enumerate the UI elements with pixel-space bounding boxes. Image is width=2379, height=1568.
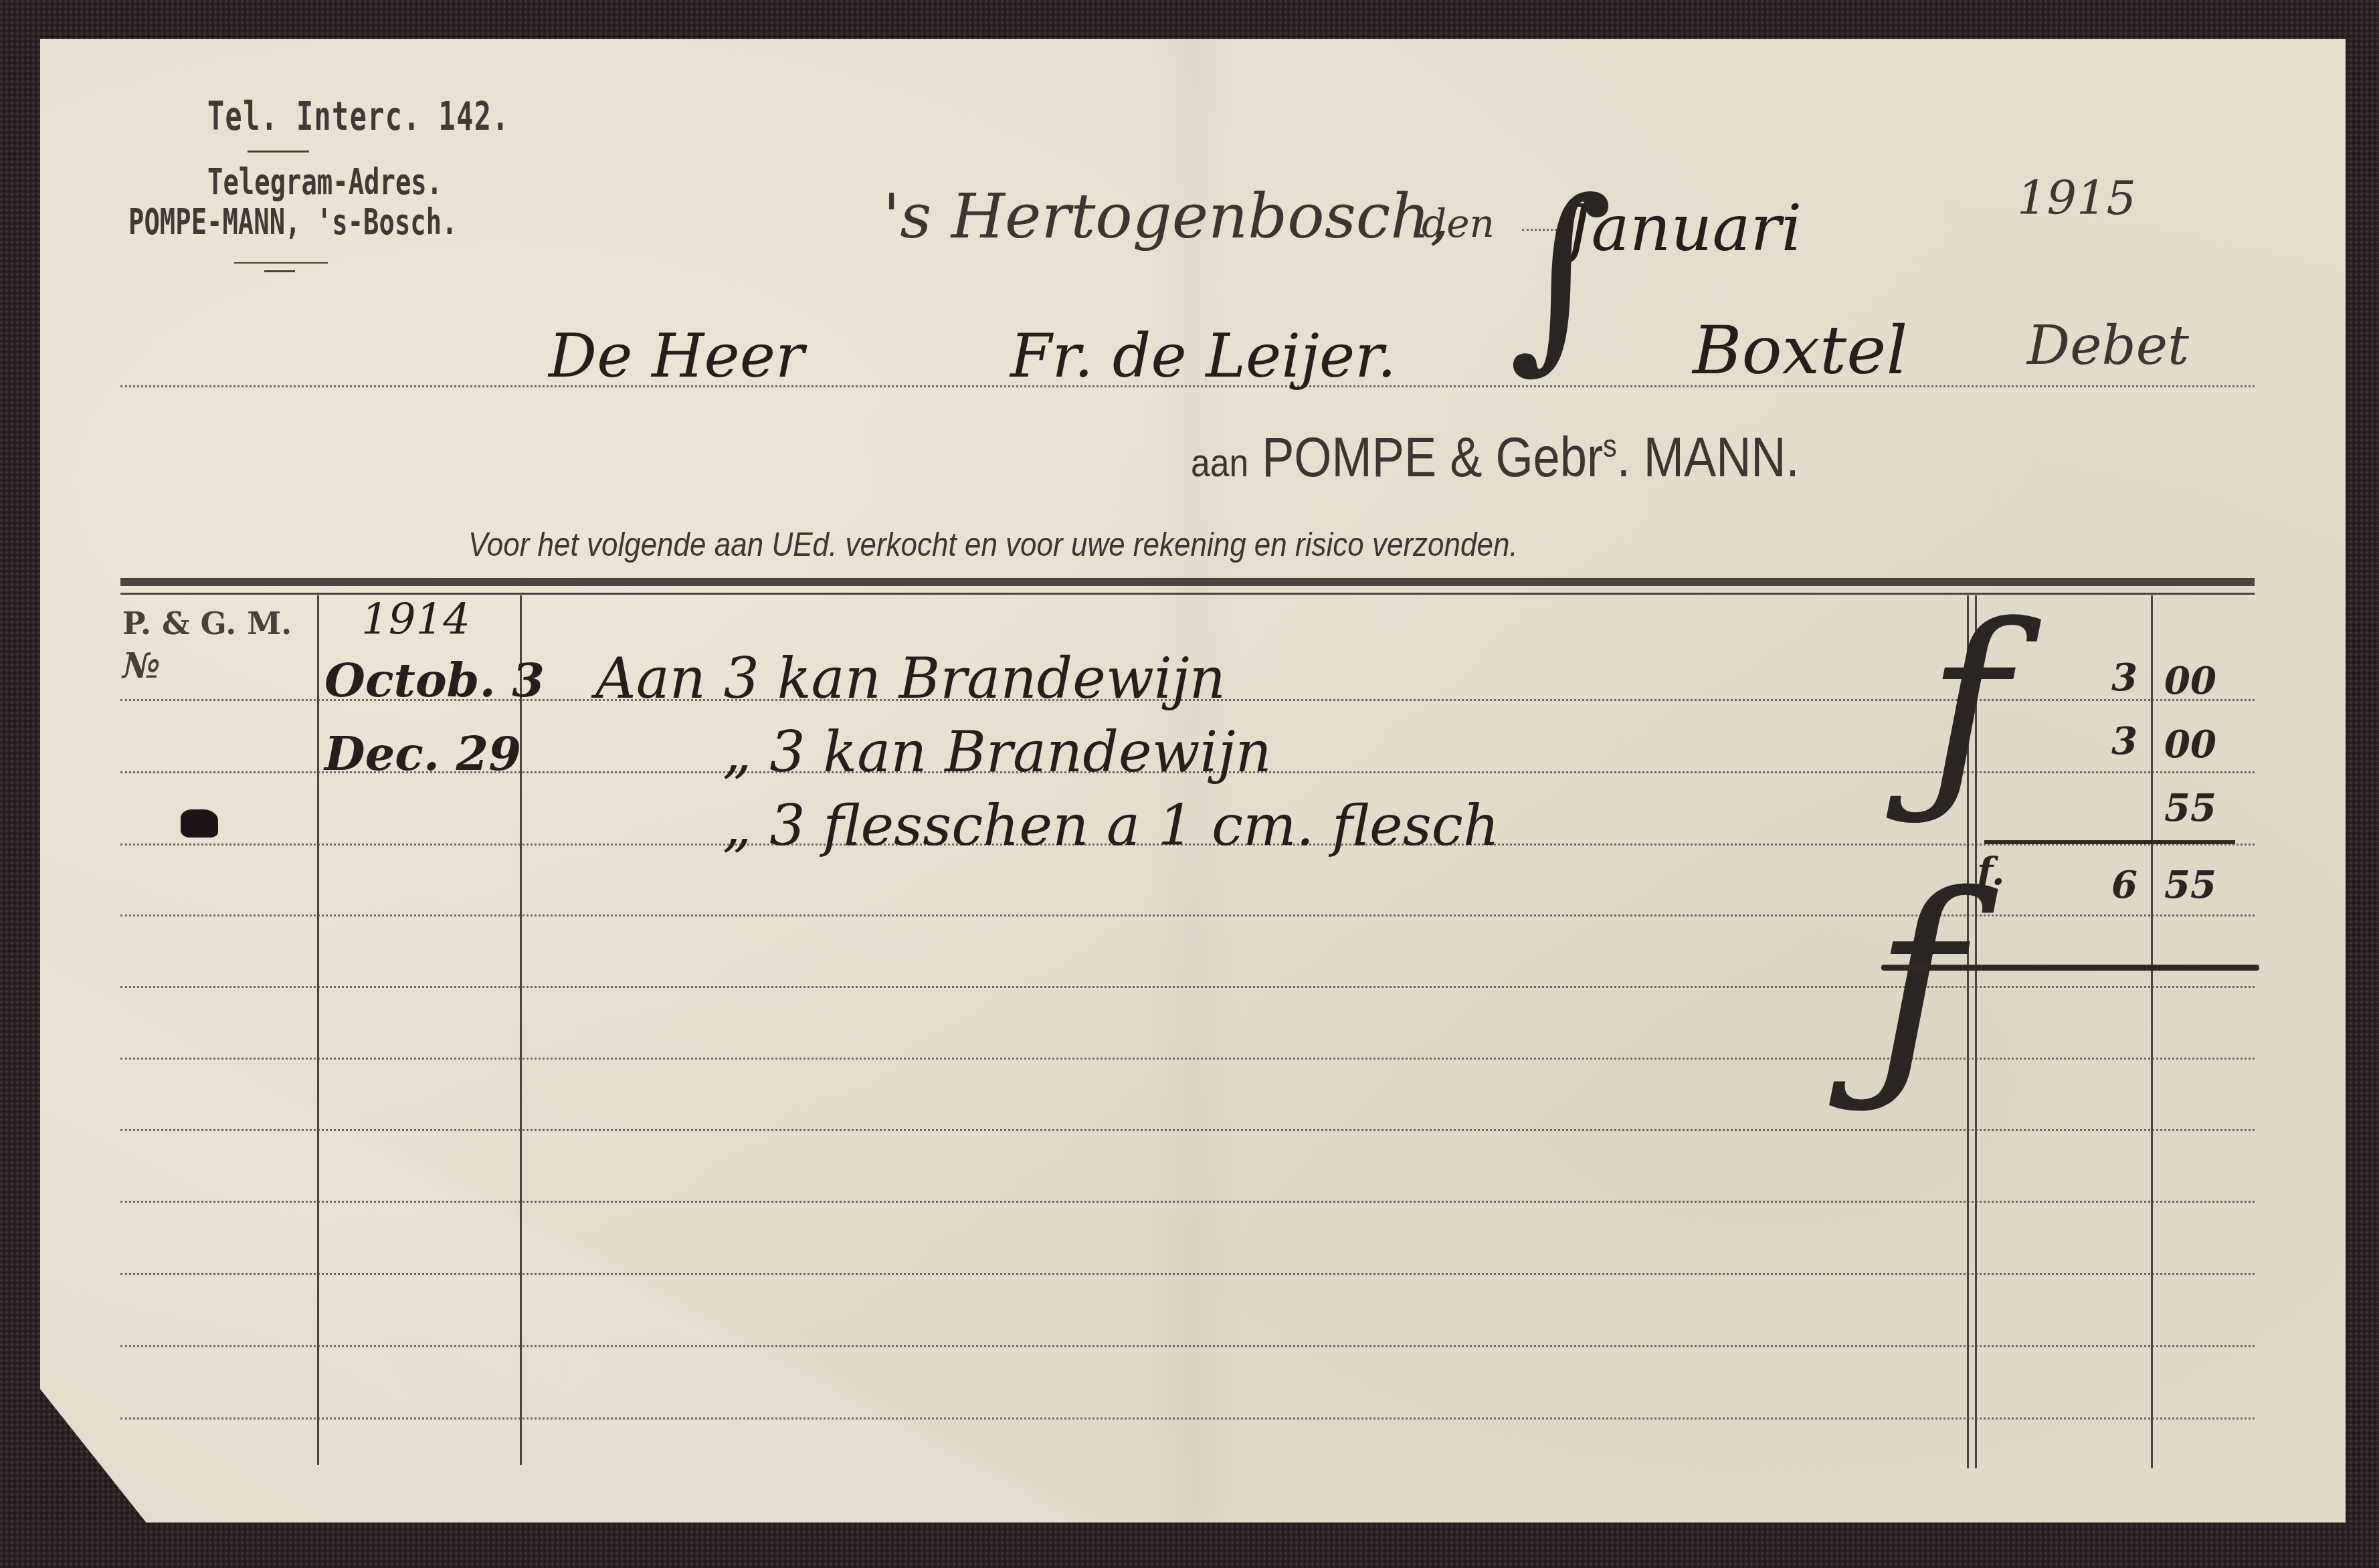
row-date: Octob. 3 <box>324 652 545 708</box>
column-rule-cents <box>2151 595 2153 1468</box>
row-cents: 00 <box>2164 722 2216 767</box>
place-name: 's Hertogenbosch, <box>883 181 1450 252</box>
ruled-row-line <box>120 1201 2255 1203</box>
letterhead-telegram-address: POMPE-MANN, 's-Bosch. <box>128 201 458 243</box>
debet-label: Debet <box>2027 314 2189 377</box>
ref-label: P. & G. M. <box>122 605 292 642</box>
ruled-row-line <box>120 1345 2255 1347</box>
punch-hole <box>181 809 218 838</box>
florin-total-icon: ƒ <box>1873 863 1962 1104</box>
letterhead-rule <box>248 151 309 153</box>
firm-name-superscript: s <box>1603 429 1617 464</box>
row-description: Aan 3 kan Brandewijn <box>595 646 1226 711</box>
ruled-row-line <box>120 1129 2255 1131</box>
letterhead-rule <box>264 270 295 272</box>
ruled-row-line <box>120 1273 2255 1275</box>
addressee-town: Boxtel <box>1693 311 1907 389</box>
firm-name-part2: . MANN. <box>1617 425 1800 488</box>
subtotal-guilders: 6 <box>1990 863 2137 907</box>
subtotal-rule <box>1984 840 2235 844</box>
firm-name: aan POMPE & Gebrs. MANN. <box>1191 425 1800 490</box>
date-year: 1915 <box>2017 171 2136 225</box>
addressee-salutation: De Heer <box>549 321 804 391</box>
subtotal-cents: 55 <box>2164 863 2216 907</box>
row-guilders: 3 <box>1990 719 2137 763</box>
letterhead-telephone: Tel. Interc. 142. <box>207 94 510 139</box>
table-year: 1914 <box>361 595 470 645</box>
number-label: № <box>122 646 161 686</box>
total-rule <box>1881 965 2259 971</box>
row-description: „ 3 flesschen a 1 cm. flesch <box>723 793 1499 858</box>
column-rule-ref <box>317 595 319 1465</box>
firm-prefix: aan <box>1191 440 1248 485</box>
den-label: den <box>1422 201 1495 246</box>
addressee-name: Fr. de Leijer. <box>1010 321 1396 391</box>
florin-sign-icon: ƒ <box>1927 595 2008 816</box>
row-date: Dec. 29 <box>324 726 521 781</box>
row-cents: 00 <box>2164 659 2216 703</box>
j-flourish: ∫ <box>1509 174 1613 375</box>
row-description: „ 3 kan Brandewijn <box>723 719 1272 785</box>
letterhead-rule <box>234 262 328 264</box>
firm-name-part1: POMPE & Gebr <box>1262 425 1603 488</box>
sale-notice: Voor het volgende aan UEd. verkocht en v… <box>468 525 1518 564</box>
row-cents: 55 <box>2164 786 2216 830</box>
letterhead-telegram-label: Telegram-Adres. <box>207 161 442 203</box>
row-guilders: 3 <box>1990 656 2137 700</box>
ruled-row-line <box>120 1417 2255 1419</box>
